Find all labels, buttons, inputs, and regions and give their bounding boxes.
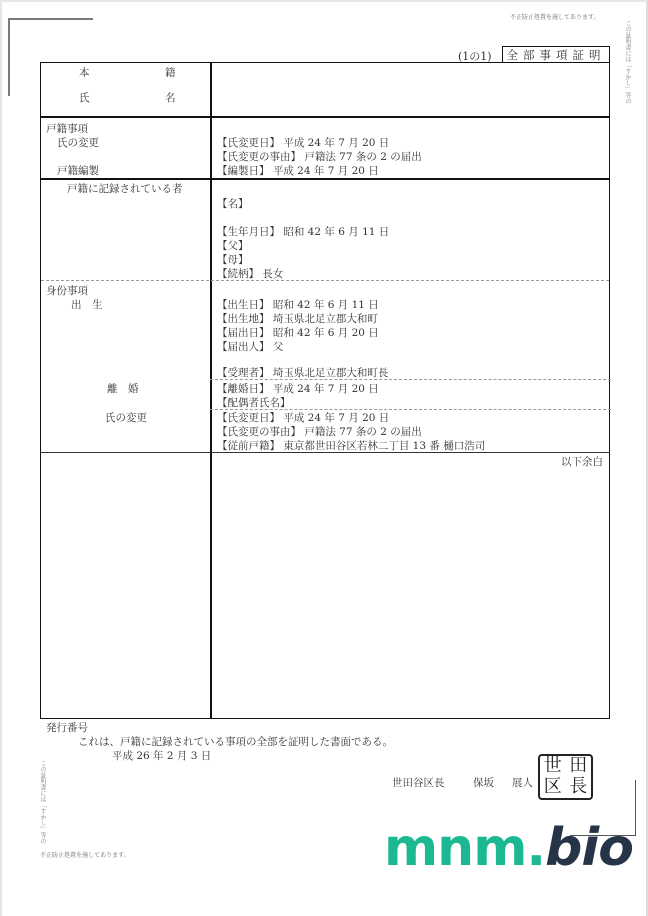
koseki-jiko-heading: 戸籍事項 [46,121,88,136]
watermark-notice-vertical-right: この証明書には「すかし」等の [623,20,632,104]
seal-char: 区 [540,777,566,798]
issue-date: 平成 26 年 2 月 3 日 [112,748,211,763]
koseki-surname-change-reason: 【氏変更の事由】 戸籍法 77 条の 2 の届出 [217,149,422,164]
report-date: 【届出日】 昭和 42 年 6 月 20 日 [217,325,379,340]
birth-date: 【出生日】 昭和 42 年 6 月 11 日 [217,297,379,312]
recorded-birth-date: 【生年月日】 昭和 42 年 6 月 11 日 [217,224,389,239]
koseki-compilation-date: 【編製日】 平成 24 年 7 月 20 日 [217,163,379,178]
certification-statement: これは、戸籍に記録されている事項の全部を証明した書面である。 [78,734,393,749]
koseki-compilation-label: 戸籍編製 [57,163,99,178]
recorded-given-name: 【名】 [217,196,249,211]
birth-label: 出 生 [71,297,103,312]
name-label-1: 氏 [79,90,90,105]
issue-number-label: 発行番号 [46,720,88,735]
divorce-label: 離 婚 [107,381,139,396]
column-divider [210,63,212,718]
previous-register: 【従前戸籍】 東京都世田谷区若林二丁目 13 番 樋口浩司 [217,438,485,453]
row-divider [41,178,609,180]
issuer-given-name: 展人 [512,775,533,790]
seal-char: 田 [566,756,592,777]
spouse-name: 【配偶者氏名】 [217,395,291,410]
watermark-part-1: mnm. [384,818,545,878]
koseki-surname-change-label: 氏の変更 [57,135,99,150]
recorded-father: 【父】 [217,238,249,253]
certificate-title: 全部事項証明 [502,46,610,63]
remainder-blank: 以下余白 [561,454,603,469]
issuer-surname: 保坂 [473,775,494,790]
birth-place: 【出生地】 埼玉県北足立郡大和町 [217,311,378,326]
entry-divider-dashed [210,379,611,380]
recorded-relationship: 【続柄】 長女 [217,266,283,281]
name-label-2: 名 [165,90,176,105]
tamper-notice-bottom: 不正防止処置を施してあります。 [40,850,130,859]
mibun-surname-change-label: 氏の変更 [105,410,147,425]
recorded-mother: 【母】 [217,252,249,267]
mibun-jiko-heading: 身份事項 [46,283,88,298]
honseki-label-1: 本 [79,65,90,80]
site-watermark: mnm.bio [384,818,633,878]
family-register-table: 本 籍 氏 名 戸籍事項 氏の変更 戸籍編製 【氏変更日】 平成 24 年 7 … [40,62,610,719]
mibun-surname-change-reason: 【氏変更の事由】 戸籍法 77 条の 2 の届出 [217,424,422,439]
seal-char: 長 [566,777,592,798]
row-divider-dashed [41,280,609,281]
honseki-label-2: 籍 [165,65,176,80]
issuer-title: 世田谷区長 [392,775,445,790]
mibun-surname-change-date: 【氏変更日】 平成 24 年 7 月 20 日 [217,410,389,425]
koseki-surname-change-date: 【氏変更日】 平成 24 年 7 月 20 日 [217,135,389,150]
reporter: 【届出人】 父 [217,339,283,354]
divorce-date: 【離婚日】 平成 24 年 7 月 20 日 [217,381,379,396]
watermark-part-2: bio [545,818,633,878]
seal-char: 世 [540,756,566,777]
row-divider [41,116,609,118]
row-divider [41,452,609,453]
tamper-notice-top: 不正防止処置を施してあります。 [510,12,600,21]
official-seal: 世 田 区 長 [538,754,593,800]
recorded-person-heading: 戸籍に記録されている者 [67,181,183,196]
receiver: 【受理者】 埼玉県北足立郡大和町長 [217,365,388,380]
watermark-notice-vertical-left: この証明書には「すかし」等の [38,760,47,844]
